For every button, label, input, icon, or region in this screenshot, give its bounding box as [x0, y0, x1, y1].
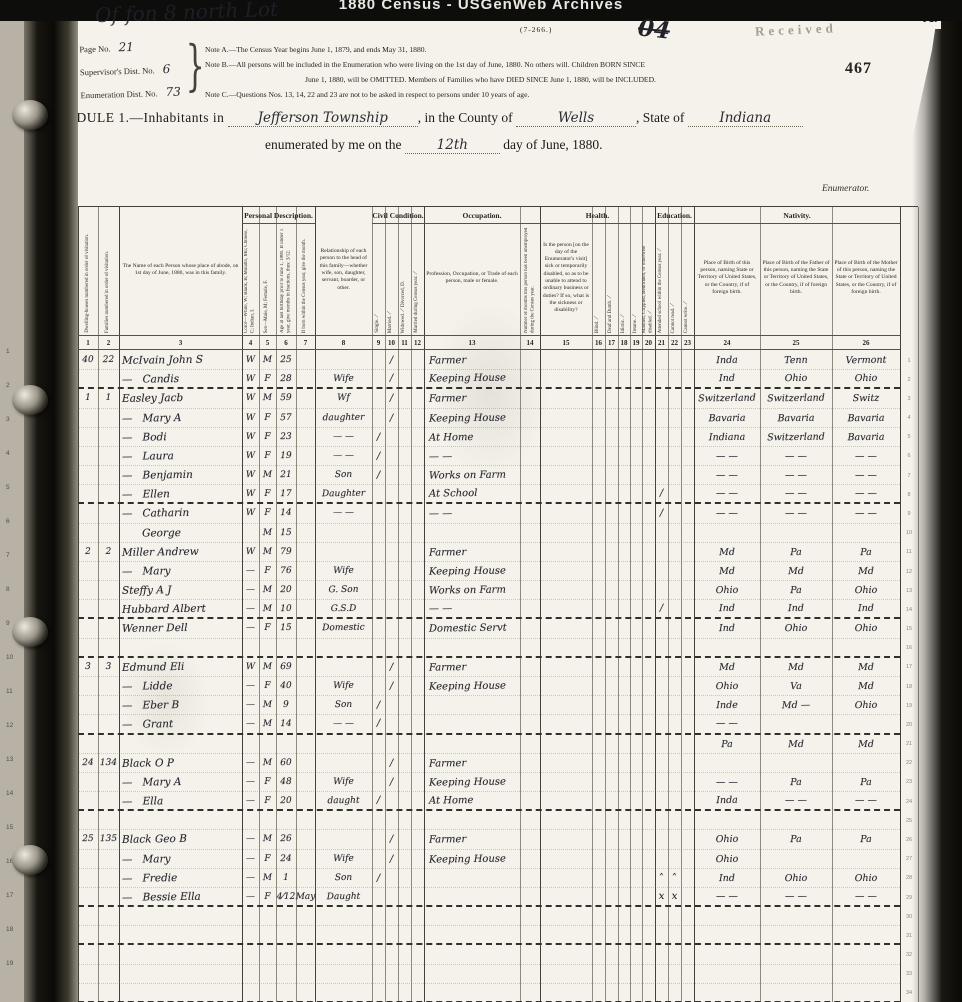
table-row: — LauraWF19— —∕— —— —— —— — — [78, 447, 900, 466]
cell-rel: Wf — [315, 389, 372, 408]
row-number-right: 1 — [900, 351, 918, 370]
column-number: 10 — [385, 335, 398, 350]
cell-age: 25 — [276, 351, 296, 369]
cell-age: 14 — [276, 715, 296, 732]
column-label-fam: Families numbered in order of visitation… — [98, 207, 119, 335]
cell-occ: Keeping House — [424, 849, 525, 869]
cell-bp: Ohio — [694, 677, 760, 696]
cell-color: — — [242, 888, 259, 905]
cell-mbp: — — — [832, 485, 900, 503]
row-number-right: 9 — [900, 504, 918, 523]
row-number-left: 12 — [6, 722, 13, 729]
cell-m: ∕ — [385, 370, 398, 387]
column-label-sex: Sex—Male, M; Female, F. — [259, 223, 276, 335]
cell-occ: Keeping House — [424, 408, 525, 428]
cell-m: ∕ — [385, 830, 398, 848]
cell-s: ∕ — [372, 466, 385, 484]
row-number-right: 10 — [900, 524, 918, 543]
row-number-right: 19 — [900, 696, 918, 715]
column-label-text: Maimed, Crippled, Bedridden, or otherwis… — [642, 227, 655, 333]
cell-m: ∕ — [385, 773, 398, 791]
table-row — [78, 945, 900, 964]
pen-scribble-center: 04 — [637, 14, 672, 44]
cell-m: ∕ — [385, 677, 398, 695]
table-row: — Fredie—M1Son∕˄˄IndOhioOhio — [78, 869, 900, 888]
column-number: 15 — [540, 335, 592, 350]
supervisor-dist-value: 6 — [162, 62, 170, 76]
column-number: 18 — [618, 335, 630, 350]
cell-color: — — [242, 562, 259, 580]
row-number-right: 8 — [900, 485, 918, 504]
table-row: — Ella—F20daught∕At HomeInda— —— — — [78, 792, 900, 811]
page-no-label: Page No. — [79, 44, 110, 55]
cell-rel: G.S.D — [315, 600, 372, 618]
cell-age: 28 — [276, 370, 296, 387]
cell-fbp: — — — [760, 504, 832, 523]
cell-age: 48 — [276, 773, 296, 791]
cell-color: — — [242, 677, 259, 695]
table-row: 33Edmund EliWM69∕FarmerMdMdMd — [78, 658, 900, 677]
column-number: 9 — [372, 335, 385, 350]
cell-age: 57 — [276, 408, 296, 426]
cell-sex: F — [259, 408, 276, 426]
cell-mbp: Md — [832, 734, 900, 753]
cell-sex: M — [259, 830, 276, 848]
cell-name: — Candis — [119, 369, 245, 388]
cell-mbp: Ohio — [832, 868, 900, 887]
cell-bp: Ind — [694, 370, 760, 388]
cell-occ: Keeping House — [424, 772, 525, 792]
table-row: — Mary A—F48Wife∕Keeping House— —PaPa — [78, 773, 900, 792]
cell-m: ∕ — [385, 754, 398, 772]
cell-bp: — — — [694, 887, 760, 905]
cell-bp: Pa — [694, 734, 760, 753]
row-number-left: 3 — [6, 416, 10, 423]
table-row — [78, 926, 900, 945]
table-row: — CatharinWF14— —— —∕— —— —— — — [78, 504, 900, 523]
cell-sex: F — [259, 370, 276, 387]
cell-mbp: Ohio — [832, 581, 900, 600]
row-number-right: 16 — [900, 639, 918, 658]
column-label-m: Married. ⟋ — [385, 223, 398, 335]
column-label-wr: Cannot write. ⟋ — [681, 223, 694, 335]
cell-fbp: Ohio — [760, 370, 832, 388]
table-row: GeorgeM15 — [78, 524, 900, 543]
cell-fbp: Ohio — [760, 619, 832, 638]
cell-occ: Farmer — [424, 657, 525, 677]
cell-fbp: Tenn — [760, 350, 832, 369]
cell-age: 17 — [276, 485, 296, 502]
cell-mbp: Md — [832, 677, 900, 696]
row-number-right: 30 — [900, 907, 918, 926]
schedule-place-value: Jefferson Township — [258, 110, 388, 126]
column-label-rd: Cannot read. ⟋ — [668, 223, 681, 335]
cell-name: Wenner Dell — [119, 619, 245, 639]
cell-bp: Md — [694, 657, 760, 676]
cell-name: — Grant — [119, 714, 245, 733]
cell-occ: At Home — [424, 791, 525, 810]
column-number: 11 — [398, 335, 411, 350]
column-label-color: Color—White, W; Black, B; Mulatto, Mu; C… — [242, 223, 259, 335]
column-label-occ: Profession, Occupation, or Trade of each… — [424, 223, 520, 335]
cell-sex: F — [259, 562, 276, 580]
cell-color: W — [242, 408, 259, 426]
schedule-state-value: Indiana — [719, 110, 771, 126]
cell-occ: — — — [424, 600, 525, 619]
cell-bp: Md — [694, 561, 760, 580]
column-label-s: Single. ⟋ — [372, 223, 385, 335]
binder-ring — [12, 100, 48, 130]
cell-bp: Inda — [694, 351, 760, 370]
row-number-left: 19 — [6, 960, 13, 967]
cell-color: — — [242, 869, 259, 887]
cell-occ: Keeping House — [424, 676, 525, 696]
cell-bp: Inde — [694, 696, 760, 715]
table-row: 4022McIvain John SWM25∕FarmerIndaTennVer… — [78, 351, 900, 370]
column-number: 17 — [605, 335, 618, 350]
cell-sex: F — [259, 619, 276, 637]
cell-fam: 3 — [98, 658, 119, 676]
cell-color: W — [242, 543, 259, 561]
cell-age: 76 — [276, 562, 296, 580]
cell-fbp: Pa — [760, 772, 832, 791]
table-row: — Bessie Ella—F4⁄12MayDaughtxx— —— —— — — [78, 888, 900, 907]
cell-rel: Daughter — [315, 485, 372, 503]
cell-rel: G. Son — [315, 581, 372, 600]
cell-mbp: Ohio — [832, 696, 900, 715]
cell-name: — Benjamin — [119, 465, 245, 485]
cell-occ: Works on Farm — [424, 580, 525, 600]
cell-occ: Farmer — [424, 542, 525, 562]
column-label-unemp: Number of months this person has been un… — [520, 223, 540, 335]
cell-bp: Bavaria — [694, 408, 760, 427]
enumeration-dist-value: 73 — [165, 85, 181, 99]
column-label-name: The Name of each Person whose place of a… — [119, 207, 242, 335]
cell-rel: Wife — [315, 562, 372, 581]
cell-sch: x — [655, 888, 668, 905]
form-number: (7-266.) — [520, 25, 552, 34]
cell-occ: — — — [424, 504, 525, 524]
column-label-bp: Place of Birth of this person, naming St… — [694, 223, 760, 335]
table-row: 25135Black Geo B—M26∕FarmerOhioPaPa — [78, 830, 900, 849]
column-number: 8 — [315, 335, 372, 350]
table-group-header: Health. — [540, 207, 655, 224]
row-number-right: 18 — [900, 677, 918, 696]
cell-color: — — [242, 773, 259, 791]
cell-fbp: Pa — [760, 581, 832, 600]
cell-fbp: — — — [760, 485, 832, 503]
cell-age: 1 — [276, 869, 296, 887]
cell-color: — — [242, 715, 259, 732]
row-number-left: 4 — [6, 450, 10, 457]
cell-sex: M — [259, 389, 276, 407]
cell-bp: Md — [694, 542, 760, 561]
cell-name: — Bessie Ella — [119, 887, 245, 906]
cell-color: W — [242, 370, 259, 387]
column-label-b18: Idiotic. ⟋ — [618, 223, 630, 335]
cell-name: — Mary — [119, 849, 245, 869]
row-number-right: 27 — [900, 850, 918, 869]
cell-bp: Ind — [694, 600, 760, 618]
cell-mbp: Ohio — [832, 370, 900, 388]
table-row: — Mary—F24Wife∕Keeping HouseOhio — [78, 850, 900, 869]
cell-color: W — [242, 504, 259, 522]
binder-ring — [12, 385, 48, 415]
enumerator-label: Enumerator. — [822, 184, 869, 194]
table-row: — Mary AWF57daughter∕Keeping HouseBavari… — [78, 409, 900, 428]
cell-age: 26 — [276, 830, 296, 848]
row-number-right: 24 — [900, 792, 918, 811]
cell-rel: Son — [315, 466, 372, 485]
census-table: Personal Description.Civil Condition.Occ… — [78, 206, 918, 1002]
binder-ring — [12, 617, 48, 647]
cell-bp: Ind — [694, 868, 760, 887]
column-number: 6 — [276, 335, 296, 350]
cell-bp: — — — [694, 504, 760, 523]
cell-bp: Ohio — [694, 830, 760, 849]
row-number-right: 20 — [900, 715, 918, 734]
cell-color: — — [242, 619, 259, 637]
column-number: 25 — [760, 335, 832, 350]
cell-sex: M — [259, 466, 276, 484]
table-row: — CandisWF28Wife∕Keeping HouseIndOhioOhi… — [78, 370, 900, 389]
row-number-right: 6 — [900, 447, 918, 466]
cell-fbp: — — — [760, 466, 832, 485]
cell-color: W — [242, 466, 259, 484]
cell-mbp: Bavaria — [832, 408, 900, 427]
cell-sex: M — [259, 543, 276, 561]
cell-name: Edmund Eli — [119, 657, 245, 677]
cell-occ: Farmer — [424, 350, 525, 370]
row-number-left: 2 — [6, 382, 10, 389]
note-c: Note C.—Questions Nos. 13, 14, 22 and 23… — [205, 87, 875, 102]
column-label-text: Dwelling-houses numbered in order of vis… — [85, 234, 92, 333]
cell-sex: F — [259, 792, 276, 809]
cell-bp: Switzerland — [694, 389, 760, 408]
table-row: Hubbard Albert—M10G.S.D— —∕IndIndInd — [78, 600, 900, 619]
cell-rel: daughter — [315, 408, 372, 427]
schedule-heading: SCHEDULE 1.—Inhabitants in Jefferson Tow… — [40, 110, 920, 154]
column-number: 26 — [832, 335, 900, 350]
cell-mbp: Pa — [832, 542, 900, 561]
cell-age: 23 — [276, 428, 296, 446]
cell-color: — — [242, 830, 259, 848]
census-page: 1880 Census - USGenWeb Archives 12345678… — [0, 0, 962, 1002]
cell-mbp: Ohio — [832, 619, 900, 638]
cell-name: — Lidde — [119, 676, 245, 696]
column-label-text: Relationship of each person to the head … — [315, 248, 372, 292]
column-label-b20: Maimed, Crippled, Bedridden, or otherwis… — [642, 223, 655, 335]
column-label-sick: Is the person [on the day of the Enumera… — [540, 223, 592, 335]
column-number: 13 — [424, 335, 520, 350]
cell-name: — Bodi — [119, 427, 245, 447]
schedule-county-blank: Wells — [516, 110, 636, 127]
column-label-text: Insane. ⟋ — [633, 314, 640, 333]
cell-name: — Catharin — [119, 504, 245, 524]
row-number-right: 32 — [900, 945, 918, 964]
cell-sex: M — [259, 869, 276, 887]
row-number-right: 14 — [900, 600, 918, 619]
cell-name: — Laura — [119, 446, 245, 466]
column-label-text: Single. ⟋ — [375, 314, 382, 333]
column-number: 21 — [655, 335, 668, 350]
schedule-line2: enumerated by me on the 12th day of June… — [40, 137, 920, 154]
column-label-text: If born within the Census year, give the… — [302, 239, 309, 333]
cell-name: Miller Andrew — [119, 542, 245, 562]
column-label-text: Age at last birthday prior to June 1, 18… — [280, 227, 293, 333]
cell-sex: F — [259, 677, 276, 695]
cell-color: W — [242, 485, 259, 502]
row-number-left: 11 — [6, 688, 13, 695]
cell-rel: Son — [315, 868, 372, 887]
cell-name: — Ellen — [119, 484, 245, 503]
enumeration-dist-row: Enumeration Dist. No. 73 — [80, 83, 181, 109]
cell-sex: F — [259, 504, 276, 522]
cell-name: — Mary A — [119, 408, 245, 428]
column-label-text: Color—White, W; Black, B; Mulatto, Mu; C… — [244, 227, 257, 333]
cell-mbp: Pa — [832, 830, 900, 849]
enumeration-dist-label: Enumeration Dist. No. — [80, 88, 157, 100]
cell-dw: 2 — [78, 543, 98, 561]
schedule-county-label: , in the County of — [418, 110, 513, 125]
column-label-b19: Insane. ⟋ — [630, 223, 642, 335]
cell-occ: Keeping House — [424, 369, 525, 388]
cell-color: W — [242, 658, 259, 676]
table-group-header: Occupation. — [424, 207, 540, 224]
row-number-right: 12 — [900, 562, 918, 581]
cell-sex: M — [259, 581, 276, 599]
table-row: 24134Black O P—M60∕Farmer — [78, 754, 900, 773]
cell-sex: M — [259, 351, 276, 369]
row-number-right: 2 — [900, 370, 918, 389]
note-a: Note A.—The Census Year begins June 1, 1… — [205, 42, 875, 57]
cell-m: ∕ — [385, 389, 398, 407]
table-row — [78, 965, 900, 984]
column-label-text: The Name of each Person whose place of a… — [119, 263, 242, 278]
cell-mbp: — — — [832, 792, 900, 810]
cell-sex: M — [259, 754, 276, 772]
table-row: — Eber B—M9Son∕IndeMd —Ohio — [78, 696, 900, 715]
cell-bp: — — — [694, 772, 760, 791]
row-number-right: 22 — [900, 754, 918, 773]
cell-bp: Inda — [694, 792, 760, 810]
note-b-line2: June 1, 1880, will be OMITTED. Members o… — [205, 72, 875, 87]
cell-occ: At Home — [424, 427, 525, 447]
row-number-right: 31 — [900, 926, 918, 945]
cell-m: ∕ — [385, 408, 398, 426]
schedule-place-blank: Jefferson Township — [228, 110, 418, 127]
column-label-b16: Blind. ⟋ — [592, 223, 605, 335]
cell-name: — Eber B — [119, 695, 245, 715]
cell-color: — — [242, 792, 259, 809]
row-number-left: 10 — [6, 654, 13, 661]
column-label-text: Idiotic. ⟋ — [621, 314, 628, 333]
schedule-state-blank: Indiana — [688, 110, 803, 127]
cell-rel: Wife — [315, 370, 372, 388]
cell-sex: M — [259, 696, 276, 714]
cell-name: — Ella — [119, 791, 245, 810]
table-row: 11Easley JacbWM59Wf∕FarmerSwitzerlandSwi… — [78, 389, 900, 408]
column-number: 5 — [259, 335, 276, 350]
cell-age: 20 — [276, 792, 296, 809]
cell-rel: — — — [315, 715, 372, 733]
cell-month: May — [296, 888, 315, 905]
district-id-block: Page No. 21 Supervisor's Dist. No. 6 Enu… — [79, 37, 181, 109]
cell-name: — Mary A — [119, 772, 245, 792]
cell-sch: ∕ — [655, 600, 668, 617]
cell-mbp: Bavaria — [832, 427, 900, 446]
cell-bp: — — — [694, 485, 760, 503]
cell-age: 40 — [276, 677, 296, 695]
column-label-b17: Deaf and Dumb. ⟋ — [605, 223, 618, 335]
cell-fam: 2 — [98, 543, 119, 561]
row-number-right: 3 — [900, 389, 918, 408]
cell-name: McIvain John S — [119, 350, 245, 370]
column-number: 12 — [411, 335, 424, 350]
cell-age: 19 — [276, 447, 296, 465]
cell-occ: Farmer — [424, 830, 525, 850]
row-number-left: 7 — [6, 552, 10, 559]
cell-sch: ∕ — [655, 485, 668, 502]
cell-fbp: Ind — [760, 600, 832, 618]
column-label-text: Place of Birth of the Father of this per… — [760, 260, 832, 296]
column-label-text: Widowed. ⟋ Divorced, D. — [401, 281, 408, 333]
cell-occ: At School — [424, 485, 525, 504]
table-row: — Mary—F76WifeKeeping HouseMdMdMd — [78, 562, 900, 581]
row-number-left: 6 — [6, 518, 10, 525]
page-no-value: 21 — [118, 40, 134, 54]
cell-color: — — [242, 754, 259, 772]
cell-sex: F — [259, 485, 276, 502]
column-number: 3 — [119, 335, 242, 350]
column-label-text: Place of Birth of this person, naming St… — [694, 260, 760, 296]
cell-age: 14 — [276, 504, 296, 522]
cell-dw: 1 — [78, 389, 98, 407]
pen-scribble: Of fon 8 north Lot — [95, 0, 279, 27]
table-group-header: Nativity. — [694, 207, 900, 224]
cell-fbp: Pa — [760, 830, 832, 849]
cell-occ: — — — [424, 446, 525, 466]
cell-occ: Farmer — [424, 753, 525, 773]
table-row — [78, 639, 900, 658]
cell-s: ∕ — [372, 447, 385, 465]
cell-fbp: Md — — [760, 696, 832, 715]
schedule-state-label: , State of — [636, 110, 684, 125]
cell-age: 21 — [276, 466, 296, 484]
column-label-text: Families numbered in order of visitation… — [105, 251, 112, 333]
cell-dw: 40 — [78, 351, 98, 369]
table-group-header: Civil Condition. — [372, 207, 424, 224]
column-number: 2 — [98, 335, 119, 350]
cell-mbp: — — — [832, 504, 900, 523]
column-label-text: Married during Census year. ⟋ — [414, 271, 421, 333]
table-row: 22Miller AndrewWM79FarmerMdPaPa — [78, 543, 900, 562]
cell-rel: Domestic — [315, 619, 372, 638]
table-row — [78, 984, 900, 1002]
cell-rel: — — — [315, 504, 372, 523]
schedule-date-label: day of June, 1880. — [503, 137, 602, 152]
cell-fbp: Md — [760, 657, 832, 676]
cell-mbp: Switz — [832, 389, 900, 408]
cell-name: Black O P — [119, 753, 245, 773]
column-label-age: Age at last birthday prior to June 1, 18… — [276, 223, 296, 335]
schedule-day-value: 12th — [437, 137, 468, 153]
column-number: 4 — [242, 335, 259, 350]
cell-sex: F — [259, 888, 276, 905]
cell-mbp: Vermont — [832, 351, 900, 370]
column-number: 7 — [296, 335, 315, 350]
cell-age: 24 — [276, 849, 296, 867]
